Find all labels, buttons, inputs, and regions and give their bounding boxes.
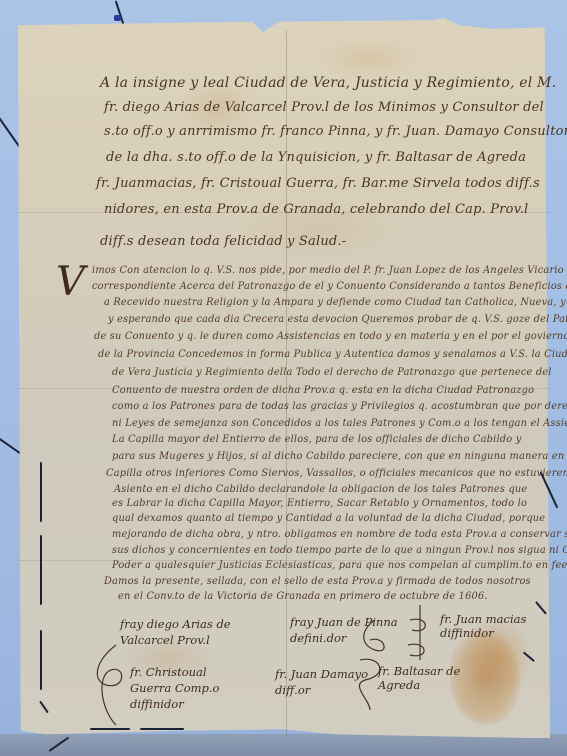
- dash-left: [40, 630, 42, 690]
- body-line: de la Provincia Concedemos in forma Publ…: [98, 348, 567, 362]
- body-line: para sus Mugeres y Hijos, si al dicho Ca…: [112, 450, 567, 464]
- signature: fr. Juan macias diffinidor: [440, 612, 530, 640]
- body-line: Damos la presente, sellada, con el sello…: [104, 575, 531, 589]
- rubric-flourish-icon: [340, 615, 400, 715]
- rubric-flourish-icon: [400, 600, 440, 670]
- header-line: de la dha. s.to off.o de la Ynquisicion,…: [106, 148, 526, 167]
- body-line: de Vera Justicia y Regimiento della Todo…: [112, 366, 552, 380]
- body-line: de su Conuento y q. le duren como Assist…: [94, 330, 567, 344]
- dash-left: [40, 535, 42, 605]
- body-line: y esperando que cada dia Crecera esta de…: [108, 313, 567, 327]
- body-line: como a los Patrones para de todas las gr…: [112, 400, 567, 414]
- body-line: imos Con atencion lo q. V.S. nos pide, p…: [92, 264, 567, 278]
- header-line: s.to off.o y anrrimismo fr. franco Pinna…: [104, 122, 567, 141]
- body-line: correspondiente Acerca del Patronazgo de…: [92, 280, 567, 294]
- body-line: qual dexamos quanto al tiempo y Cantidad…: [112, 512, 545, 526]
- header-line: diff.s desean toda felicidad y Salud.-: [100, 232, 346, 251]
- header-line: nidores, en esta Prov.a de Granada, cele…: [104, 200, 528, 219]
- body-line: sus dichos y concernientes en todo tiemp…: [112, 544, 567, 558]
- header-line: fr. Juanmacias, fr. Cristoual Guerra, fr…: [96, 174, 540, 193]
- body-line: La Capilla mayor del Entierro de ellos, …: [112, 433, 521, 447]
- header-line: fr. diego Arias de Valcarcel Prov.l de l…: [104, 98, 544, 117]
- header-line: A la insigne y leal Ciudad de Vera, Just…: [100, 74, 556, 93]
- body-line: es Labrar la dicha Capilla Mayor, Entier…: [112, 497, 527, 511]
- body-line: Asiento en el dicho Cabildo declarandole…: [114, 483, 527, 497]
- body-line: Conuento de nuestra orden de dicha Prov.…: [112, 384, 534, 398]
- rubric-flourish-icon: [86, 640, 156, 730]
- body-line: Capilla otros inferiores Como Siervos, V…: [106, 467, 567, 481]
- body-line: Poder a qualesquier Justicias Eclesiasti…: [112, 559, 567, 573]
- dash-left: [40, 462, 42, 522]
- body-line: mejorando de dicha obra, y ntro. obligam…: [112, 528, 567, 542]
- body-line: ni Leyes de semejanza son Concedidos a l…: [112, 417, 567, 431]
- thread-left-upper: [0, 115, 21, 149]
- display-shelf: [0, 734, 567, 756]
- body-line: a Recevido nuestra Religion y la Ampara …: [104, 296, 567, 310]
- blue-ink-mark: [114, 15, 121, 21]
- drop-cap: V: [56, 262, 85, 302]
